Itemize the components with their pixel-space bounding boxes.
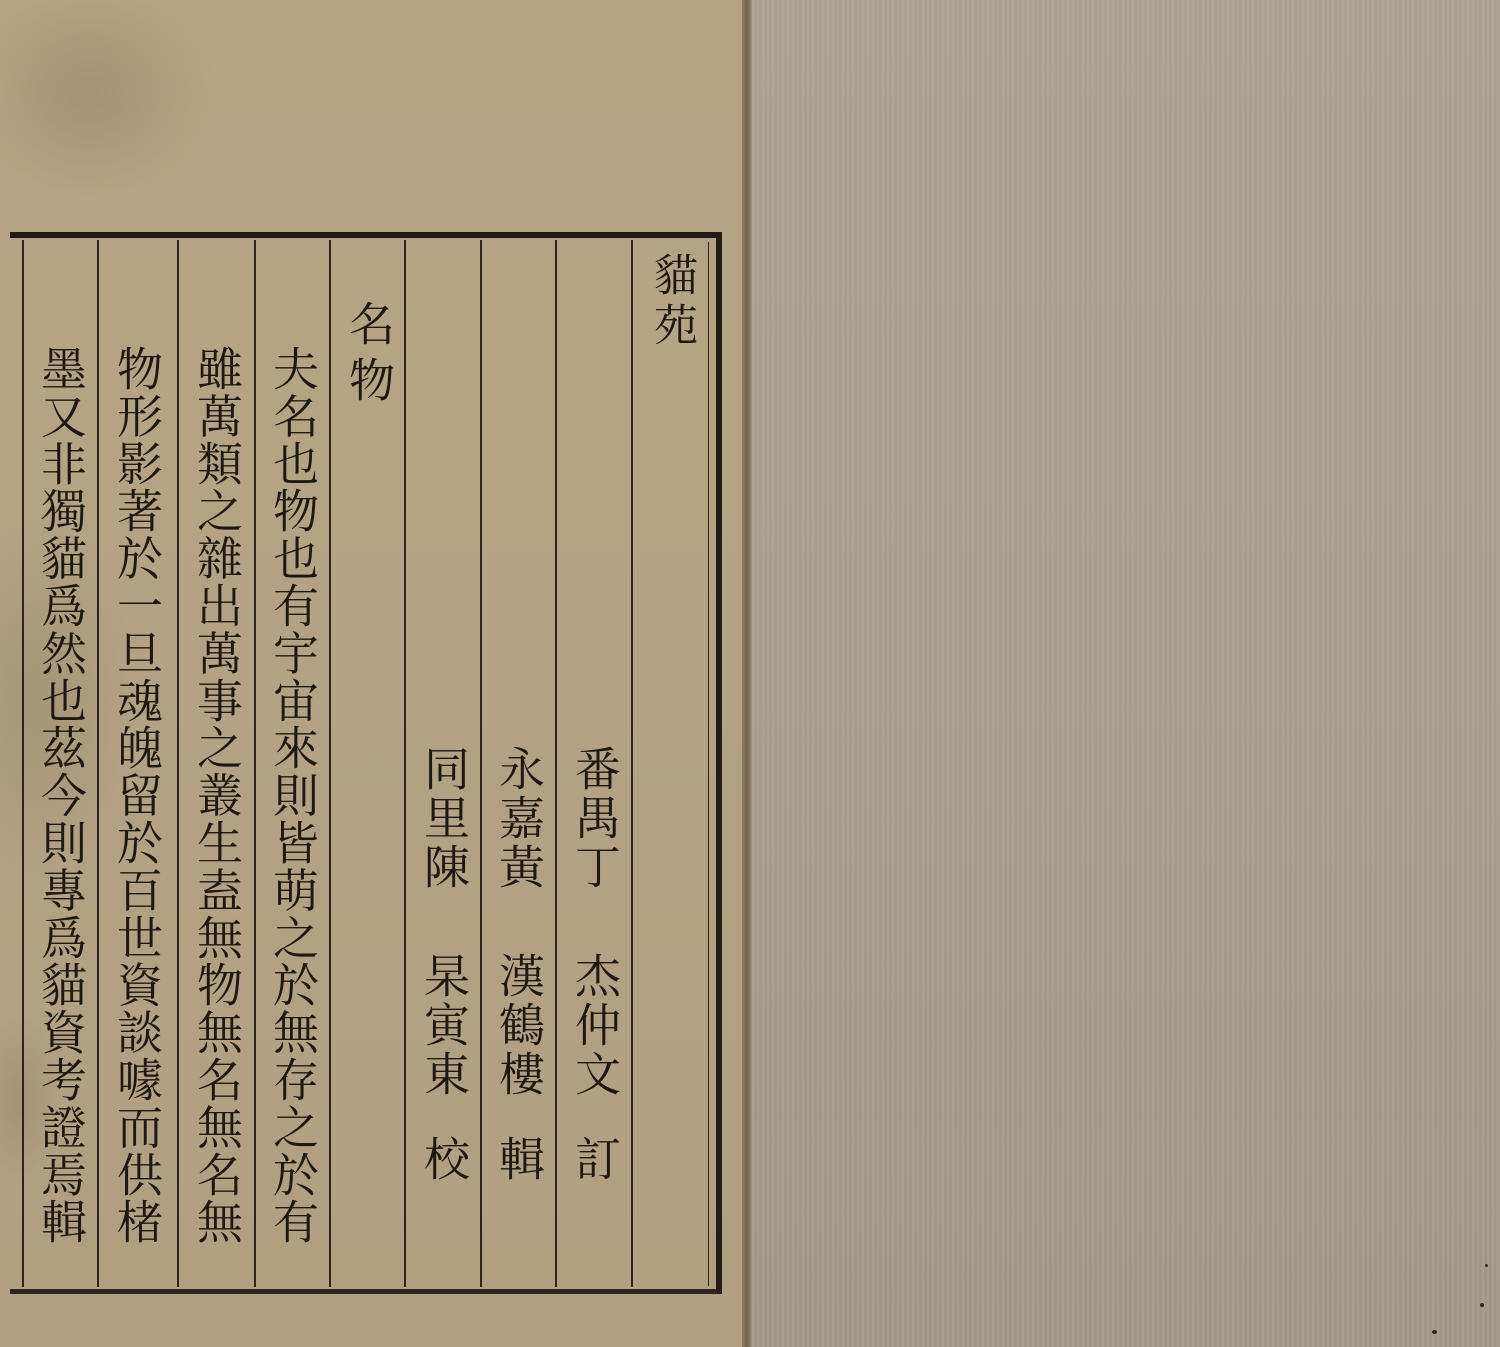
credit-person: 杲寅東 (417, 952, 471, 1099)
credit-role: 校 (417, 1135, 471, 1184)
credit-place: 同里陳 (417, 745, 471, 892)
body-column-2: 雖萬類之雜出萬事之叢生盍無物無名無名無 (180, 345, 254, 1246)
body-column-4: 墨又非獨貓爲然也茲今則專爲貓資考證焉輯 (24, 345, 98, 1246)
credit-line-3: 同里陳杲寅東校 (407, 745, 481, 1184)
frame-inner-rule (708, 242, 709, 1286)
body-column-1: 夫名也物也有宇宙來則皆萌之於無存之於有 (256, 345, 330, 1246)
credit-line-2: 永嘉黃漢鶴樓輯 (482, 745, 556, 1184)
book-title: 貓苑 (634, 252, 708, 352)
blank-page (752, 0, 1500, 1347)
section-heading: 名物 (332, 300, 406, 412)
column-rule (177, 240, 179, 1287)
ink-speck (1485, 1264, 1488, 1267)
credit-role: 訂 (568, 1135, 622, 1184)
ink-speck (1432, 1330, 1437, 1334)
credit-person: 漢鶴樓 (492, 952, 546, 1099)
credit-line-1: 番禺丁杰仲文訂 (558, 745, 632, 1184)
credit-person: 杰仲文 (568, 952, 622, 1099)
credit-role: 輯 (492, 1135, 546, 1184)
credit-place: 番禺丁 (568, 745, 622, 892)
ink-speck (1480, 1303, 1484, 1307)
book-gutter (742, 0, 752, 1347)
credit-place: 永嘉黃 (492, 745, 546, 892)
printed-page: 貓苑 番禺丁杰仲文訂 永嘉黃漢鶴樓輯 同里陳杲寅東校 名物 夫名也物也有宇宙來則… (0, 0, 748, 1347)
body-column-3: 物形影著於一旦魂魄留於百世資談噱而供楮 (100, 345, 174, 1246)
